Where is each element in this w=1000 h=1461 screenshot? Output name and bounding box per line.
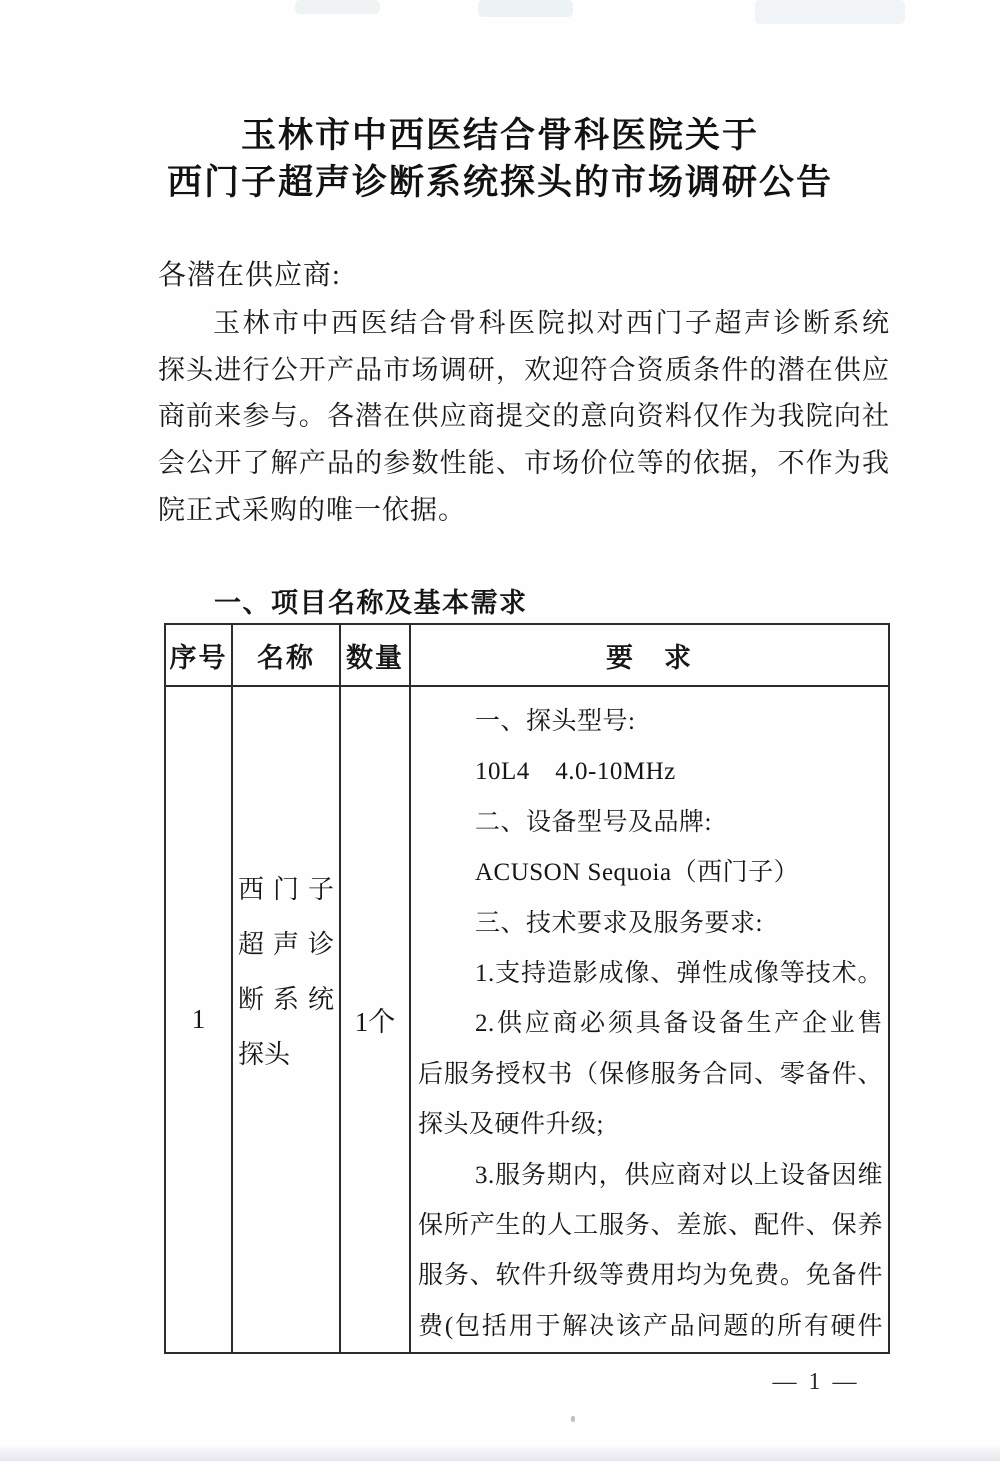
requirement-line: 后服务授权书（保修服务合同、零备件、 [418, 1050, 883, 1100]
doc-title-line-2: 西门子超声诊断系统探头的市场调研公告 [0, 159, 1000, 206]
requirement-line: 保所产生的人工服务、差旅、配件、保养 [418, 1201, 883, 1251]
requirement-cell: 一、探头型号: 10L4 4.0-10MHz 二、设备型号及品牌: ACUSON… [410, 686, 889, 1353]
requirement-line: 一、探头型号: [418, 697, 883, 747]
requirement-line: 10L4 4.0-10MHz [418, 747, 883, 797]
header-cell-req: 要 求 [410, 624, 889, 686]
paragraph-line: 会公开了解产品的参数性能、市场价位等的依据，不作为我 [158, 440, 890, 487]
item-name: 西门子超声诊断系统探头 [238, 862, 334, 1082]
table-row: 1 西门子超声诊断系统探头 1个 一、探头型号: 10L4 4.0-10MHz … [165, 686, 889, 1353]
header-cell-name: 名称 [232, 624, 340, 686]
paragraph-line: 玉林市中西医结合骨科医院拟对西门子超声诊断系统 [158, 300, 890, 347]
paragraph-line: 商前来参与。各潜在供应商提交的意向资料仅作为我院向社 [158, 393, 890, 440]
requirement-line: 2.供应商必须具备设备生产企业售 [418, 999, 883, 1049]
requirement-lines: 一、探头型号: 10L4 4.0-10MHz 二、设备型号及品牌: ACUSON… [411, 687, 888, 1352]
requirement-line: 服务、软件升级等费用均为免费。免备件 [418, 1251, 883, 1301]
document-page: 玉林市中西医结合骨科医院关于 西门子超声诊断系统探头的市场调研公告 各潜在供应商… [0, 0, 1000, 1461]
name-cell: 西门子超声诊断系统探头 [232, 686, 340, 1353]
scan-bottom-edge [0, 1447, 1000, 1461]
requirements-table: 序号 名称 数量 要 求 1 西门子超声诊断系统探头 1个 一、探头型号: 10… [164, 623, 890, 1354]
requirement-line: 探头及硬件升级; [418, 1100, 883, 1150]
body-paragraph: 玉林市中西医结合骨科医院拟对西门子超声诊断系统 探头进行公开产品市场调研，欢迎符… [158, 300, 890, 533]
header-cell-qty: 数量 [340, 624, 410, 686]
doc-title-line-1: 玉林市中西医结合骨科医院关于 [0, 112, 1000, 159]
seq-cell: 1 [165, 686, 232, 1353]
scan-speck [571, 1416, 575, 1422]
scan-smudge [755, 0, 905, 24]
doc-title: 玉林市中西医结合骨科医院关于 西门子超声诊断系统探头的市场调研公告 [0, 112, 1000, 206]
scan-smudge [295, 0, 380, 14]
paragraph-line: 探头进行公开产品市场调研，欢迎符合资质条件的潜在供应 [158, 347, 890, 394]
salutation: 各潜在供应商: [158, 253, 341, 293]
requirement-line: ACUSON Sequoia（西门子） [418, 848, 883, 898]
requirement-line: 3.服务期内，供应商对以上设备因维 [418, 1151, 883, 1201]
requirement-line: 费(包括用于解决该产品问题的所有硬件 [418, 1302, 883, 1352]
table-header-row: 序号 名称 数量 要 求 [165, 624, 889, 686]
section-heading: 一、项目名称及基本需求 [214, 581, 528, 620]
quantity-cell: 1个 [340, 686, 410, 1353]
header-cell-seq: 序号 [165, 624, 232, 686]
requirement-line: 三、技术要求及服务要求: [418, 899, 883, 949]
page-number: — 1 — [755, 1369, 877, 1396]
requirement-line: 1.支持造影成像、弹性成像等技术。 [418, 949, 883, 999]
requirement-line: 二、设备型号及品牌: [418, 798, 883, 848]
paragraph-line: 院正式采购的唯一依据。 [158, 487, 890, 534]
scan-smudge [478, 0, 573, 17]
